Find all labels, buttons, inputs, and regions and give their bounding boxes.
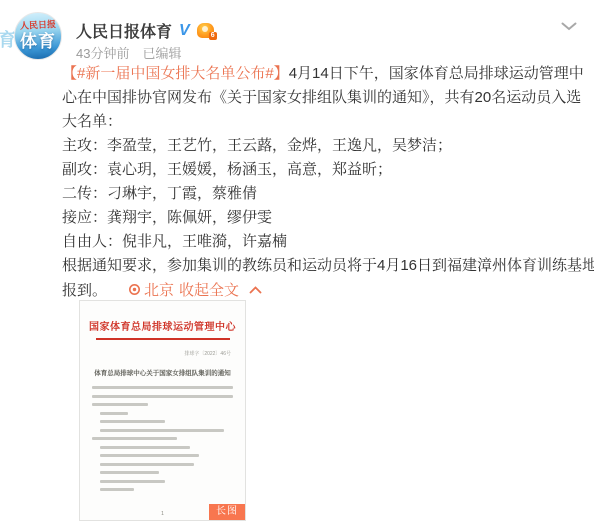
vip-level-number: 6 xyxy=(209,32,217,40)
user-header: 人民日报体育 V 6 xyxy=(76,19,214,42)
roster-line-main-attackers: 主攻：李盈莹，王艺竹，王云蕗，金烨，王逸凡，吴梦洁； xyxy=(62,134,589,158)
edited-label: 已编辑 xyxy=(142,46,181,61)
post-line-2: 心在中国排协官网发布《关于国家女排组队集训的通知》，共有20名运动员入选 xyxy=(62,86,589,110)
collapse-full-text-link[interactable]: 收起全文 xyxy=(179,282,239,299)
collapse-chevron-up-icon[interactable] xyxy=(249,278,262,302)
doc-letterhead-rule xyxy=(96,338,230,340)
doc-title: 体育总局排球中心关于国家女排组队集训的通知 xyxy=(80,368,245,377)
intro-line-1: 4月14日下午，国家体育总局排球运动管理中 xyxy=(289,65,584,82)
long-image-badge: 长图 xyxy=(209,504,245,520)
avatar[interactable]: 人民日报 体育 xyxy=(14,12,62,60)
verified-v-icon: V xyxy=(179,22,190,40)
doc-number: 排球字〔2022〕46号 xyxy=(80,350,245,357)
avatar-sports-text: 体育 xyxy=(15,32,61,51)
post-text: 【#新一届中国女排大名单公布#】4月14日下午，国家体育总局排球运动管理中 心在… xyxy=(62,62,589,302)
roster-line-setters: 二传：刁琳宇，丁霞，蔡雅倩 xyxy=(62,182,589,206)
location-link[interactable]: 北京 xyxy=(144,282,174,299)
hashtag-link[interactable]: 【#新一届中国女排大名单公布#】 xyxy=(62,65,289,82)
post-line-9: 根据通知要求，参加集训的教练员和运动员将于4月16日到福建漳州体育训练基地 xyxy=(62,254,589,278)
roster-line-middle-blockers: 副攻：袁心玥，王媛媛，杨涵玉，高意，郑益昕； xyxy=(62,158,589,182)
roster-line-liberos: 自由人：倪非凡，王唯漪，许嘉楠 xyxy=(62,230,589,254)
outro-line-2: 报到。 xyxy=(62,282,107,299)
vip-icon-highlight xyxy=(202,26,208,32)
post-menu-chevron-down-icon[interactable] xyxy=(561,18,577,36)
username[interactable]: 人民日报体育 xyxy=(76,19,172,42)
doc-letterhead: 国家体育总局排球运动管理中心 xyxy=(80,322,245,334)
timestamp: 43分钟前 xyxy=(76,46,129,61)
attached-document-image[interactable]: 国家体育总局排球运动管理中心 排球字〔2022〕46号 体育总局排球中心关于国家… xyxy=(79,300,246,521)
roster-line-opposites: 接应：龚翔宇，陈佩妍，缪伊雯 xyxy=(62,206,589,230)
vip-level-icon[interactable]: 6 xyxy=(197,23,214,38)
post-line-3: 大名单： xyxy=(62,110,589,134)
doc-body-blurred-lines xyxy=(92,386,233,491)
post-line-10: 报到。北京收起全文 xyxy=(62,278,589,302)
avatar-masthead-text: 人民日报 xyxy=(15,20,61,31)
post-line-1: 【#新一届中国女排大名单公布#】4月14日下午，国家体育总局排球运动管理中 xyxy=(62,62,589,86)
post-meta: 43分钟前已编辑 xyxy=(76,43,181,62)
